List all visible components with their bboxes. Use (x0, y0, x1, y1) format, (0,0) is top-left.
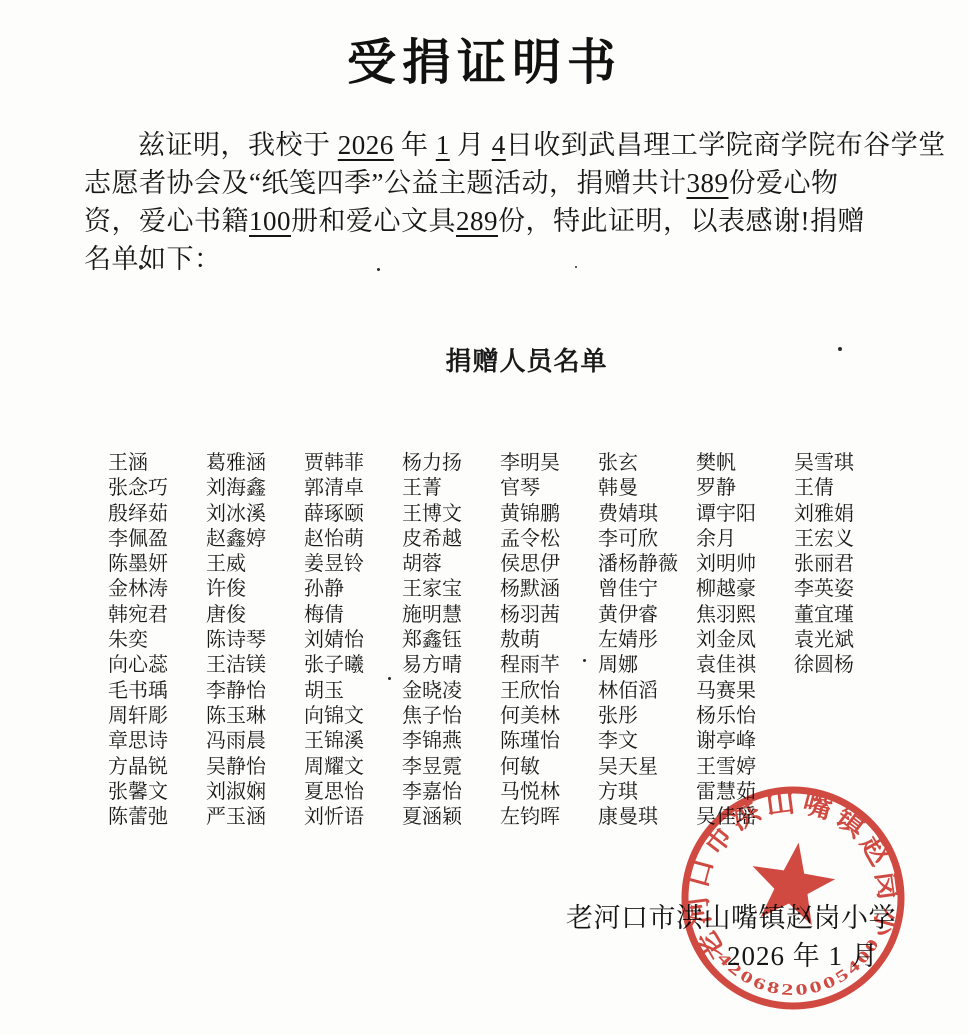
donor-column: 葛雅涵刘海鑫刘冰溪赵鑫婷王威许俊唐俊陈诗琴王洁镁李静怡陈玉琳冯雨晨吴静怡刘淑娴严… (206, 451, 304, 830)
donor-name: 陈玉琳 (206, 704, 304, 729)
donor-name: 谢亭峰 (696, 729, 794, 754)
donor-name: 左婧彤 (598, 628, 696, 653)
donor-name: 殷绎茹 (108, 502, 206, 527)
donor-name: 孙静 (304, 577, 402, 602)
donor-name: 焦羽熙 (696, 603, 794, 628)
donor-name: 张丽君 (794, 552, 892, 577)
scan-speck (377, 268, 380, 271)
paragraph-text: 志愿者协会及“纸笺四季”公益主题活动，捐赠共计 (84, 168, 686, 198)
donor-name: 梅倩 (304, 603, 402, 628)
donor-name: 张彤 (598, 704, 696, 729)
donor-name: 胡蓉 (402, 552, 500, 577)
donor-name: 王家宝 (402, 577, 500, 602)
donor-name: 黄锦鹏 (500, 502, 598, 527)
donor-name: 皮希越 (402, 527, 500, 552)
underlined-value: 1 (436, 130, 450, 160)
donor-name: 潘杨静薇 (598, 552, 696, 577)
paragraph-text: 日收到武昌理工学院商学院布谷学堂 (506, 130, 946, 160)
donor-name: 赵鑫婷 (206, 527, 304, 552)
donor-list-title: 捐赠人员名单 (445, 341, 607, 378)
donor-name: 张念巧 (108, 476, 206, 501)
donor-name: 王锦溪 (304, 729, 402, 754)
donor-name: 李文 (598, 729, 696, 754)
paragraph-text: 资，爱心书籍 (84, 206, 249, 236)
donor-name: 侯思伊 (500, 552, 598, 577)
donor-name: 樊帆 (696, 451, 794, 476)
donor-name: 费婧琪 (598, 502, 696, 527)
donor-name: 刘海鑫 (206, 476, 304, 501)
donor-name: 杨乐怡 (696, 704, 794, 729)
donor-name: 马悦林 (500, 780, 598, 805)
page-title: 受捐证明书 (0, 24, 969, 94)
paragraph-line: 兹证明，我校于 2026 年 1 月 4日收到武昌理工学院商学院布谷学堂 (84, 126, 900, 164)
donor-name: 王宏义 (794, 527, 892, 552)
donor-name: 陈蕾弛 (108, 805, 206, 830)
donor-name: 毛书瑀 (108, 679, 206, 704)
donor-name: 姜昱铃 (304, 552, 402, 577)
donor-name: 向锦文 (304, 704, 402, 729)
donor-name: 王涵 (108, 451, 206, 476)
donor-name: 张馨文 (108, 780, 206, 805)
donor-column: 杨力扬王菁王博文皮希越胡蓉王家宝施明慧郑鑫钰易方晴金晓凌焦子怡李锦燕李昱霓李嘉怡… (402, 451, 500, 830)
donor-column: 王涵张念巧殷绎茹李佩盈陈墨妍金林涛韩宛君朱奕向心蕊毛书瑀周轩彫章思诗方晶锐张馨文… (108, 451, 206, 830)
scan-speck (139, 265, 143, 269)
donor-name: 葛雅涵 (206, 451, 304, 476)
donor-name: 马赛果 (696, 679, 794, 704)
donor-name: 夏涵颖 (402, 805, 500, 830)
donor-name: 罗静 (696, 476, 794, 501)
paragraph-text: 册和爱心文具 (291, 206, 456, 236)
donor-name: 王菁 (402, 476, 500, 501)
seal-star-icon (751, 839, 840, 931)
donor-name: 李佩盈 (108, 527, 206, 552)
donor-name: 焦子怡 (402, 704, 500, 729)
donor-name: 施明慧 (402, 603, 500, 628)
donor-name: 章思诗 (108, 729, 206, 754)
donor-column: 李明昊官琴黄锦鹏孟令松侯思伊杨默涵杨羽茜敖萌程雨芊王欣怡何美林陈瑾怡何敏马悦林左… (500, 451, 598, 830)
donor-name: 袁光斌 (794, 628, 892, 653)
donor-name: 柳越豪 (696, 577, 794, 602)
scan-speck (388, 677, 391, 680)
donor-name: 陈墨妍 (108, 552, 206, 577)
donor-name: 刘明帅 (696, 552, 794, 577)
official-seal-stamp: 老河口市洪山嘴镇赵岗小学 4206820005400 (648, 770, 938, 1032)
donor-name: 胡玉 (304, 679, 402, 704)
scan-speck (838, 347, 842, 351)
donor-name: 夏思怡 (304, 780, 402, 805)
svg-text:4206820005400: 4206820005400 (713, 932, 889, 1007)
donor-name: 王博文 (402, 502, 500, 527)
scan-speck (583, 659, 586, 662)
donor-name: 余月 (696, 527, 794, 552)
donor-name: 张玄 (598, 451, 696, 476)
donor-name: 官琴 (500, 476, 598, 501)
donor-name: 孟令松 (500, 527, 598, 552)
donor-name: 刘婧怡 (304, 628, 402, 653)
donor-name: 郑鑫钰 (402, 628, 500, 653)
donor-name: 向心蕊 (108, 653, 206, 678)
donor-name: 刘金凤 (696, 628, 794, 653)
donor-name: 周娜 (598, 653, 696, 678)
paragraph-text: 月 (450, 130, 492, 160)
donor-name: 许俊 (206, 577, 304, 602)
donor-column: 贾韩菲郭清卓薛琢颐赵怡萌姜昱铃孙静梅倩刘婧怡张子曦胡玉向锦文王锦溪周耀文夏思怡刘… (304, 451, 402, 830)
donor-name: 韩曼 (598, 476, 696, 501)
certificate-page: 受捐证明书 兹证明，我校于 2026 年 1 月 4日收到武昌理工学院商学院布谷… (0, 0, 969, 1035)
donor-name: 何敏 (500, 755, 598, 780)
donor-name: 周耀文 (304, 755, 402, 780)
donor-name: 王威 (206, 552, 304, 577)
donor-name: 林佰滔 (598, 679, 696, 704)
donor-name: 金林涛 (108, 577, 206, 602)
donor-name: 朱奕 (108, 628, 206, 653)
donor-name: 陈诗琴 (206, 628, 304, 653)
donor-name: 李静怡 (206, 679, 304, 704)
underlined-value: 4 (492, 130, 506, 160)
donor-name: 郭清卓 (304, 476, 402, 501)
donor-name: 李明昊 (500, 451, 598, 476)
donor-name: 李昱霓 (402, 755, 500, 780)
donor-name: 李嘉怡 (402, 780, 500, 805)
donor-name: 易方晴 (402, 653, 500, 678)
donor-name: 周轩彫 (108, 704, 206, 729)
donor-name: 唐俊 (206, 603, 304, 628)
paragraph-text: 份爱心物 (728, 168, 838, 198)
donor-name: 袁佳祺 (696, 653, 794, 678)
donor-name: 左钧晖 (500, 805, 598, 830)
paragraph-text: 兹证明，我校于 (138, 130, 338, 160)
paragraph-line: 志愿者协会及“纸笺四季”公益主题活动，捐赠共计389份爱心物 (84, 164, 900, 202)
donor-name: 敖萌 (500, 628, 598, 653)
donor-name: 徐圆杨 (794, 653, 892, 678)
donor-name: 曾佳宁 (598, 577, 696, 602)
donor-name: 李英姿 (794, 577, 892, 602)
body-paragraph: 兹证明，我校于 2026 年 1 月 4日收到武昌理工学院商学院布谷学堂志愿者协… (84, 126, 900, 278)
underlined-value: 389 (686, 168, 728, 198)
underlined-value: 289 (456, 206, 498, 236)
donor-name: 黄伊睿 (598, 603, 696, 628)
donor-name: 吴雪琪 (794, 451, 892, 476)
donor-name: 严玉涵 (206, 805, 304, 830)
underlined-value: 2026 (338, 130, 394, 160)
donor-name: 方晶锐 (108, 755, 206, 780)
donor-name: 刘冰溪 (206, 502, 304, 527)
donor-name: 冯雨晨 (206, 729, 304, 754)
donor-name: 张子曦 (304, 653, 402, 678)
donor-name: 赵怡萌 (304, 527, 402, 552)
paragraph-text: 份，特此证明，以表感谢!捐赠 (498, 206, 865, 236)
donor-name: 王洁镁 (206, 653, 304, 678)
donor-name: 李锦燕 (402, 729, 500, 754)
donor-name: 杨力扬 (402, 451, 500, 476)
donor-name: 吴静怡 (206, 755, 304, 780)
donor-name: 董宜瑾 (794, 603, 892, 628)
donor-name: 金晓凌 (402, 679, 500, 704)
donor-name: 谭宇阳 (696, 502, 794, 527)
donor-name: 陈瑾怡 (500, 729, 598, 754)
paragraph-line: 资，爱心书籍100册和爱心文具289份，特此证明，以表感谢!捐赠 (84, 202, 900, 240)
donor-name: 王倩 (794, 476, 892, 501)
scan-speck (575, 266, 577, 268)
seal-number: 4206820005400 (713, 932, 889, 1007)
donor-name: 贾韩菲 (304, 451, 402, 476)
donor-name: 程雨芊 (500, 653, 598, 678)
donor-name: 薛琢颐 (304, 502, 402, 527)
paragraph-text: 年 (394, 130, 436, 160)
underlined-value: 100 (249, 206, 291, 236)
donor-name: 刘雅娟 (794, 502, 892, 527)
donor-name: 刘淑娴 (206, 780, 304, 805)
donor-name: 刘忻语 (304, 805, 402, 830)
donor-name: 韩宛君 (108, 603, 206, 628)
donor-name: 李可欣 (598, 527, 696, 552)
paragraph-line: 名单如下： (84, 240, 900, 278)
donor-name: 杨羽茜 (500, 603, 598, 628)
donor-name: 何美林 (500, 704, 598, 729)
paragraph-text: 名单如下： (84, 244, 222, 274)
donor-name: 杨默涵 (500, 577, 598, 602)
donor-name: 王欣怡 (500, 679, 598, 704)
